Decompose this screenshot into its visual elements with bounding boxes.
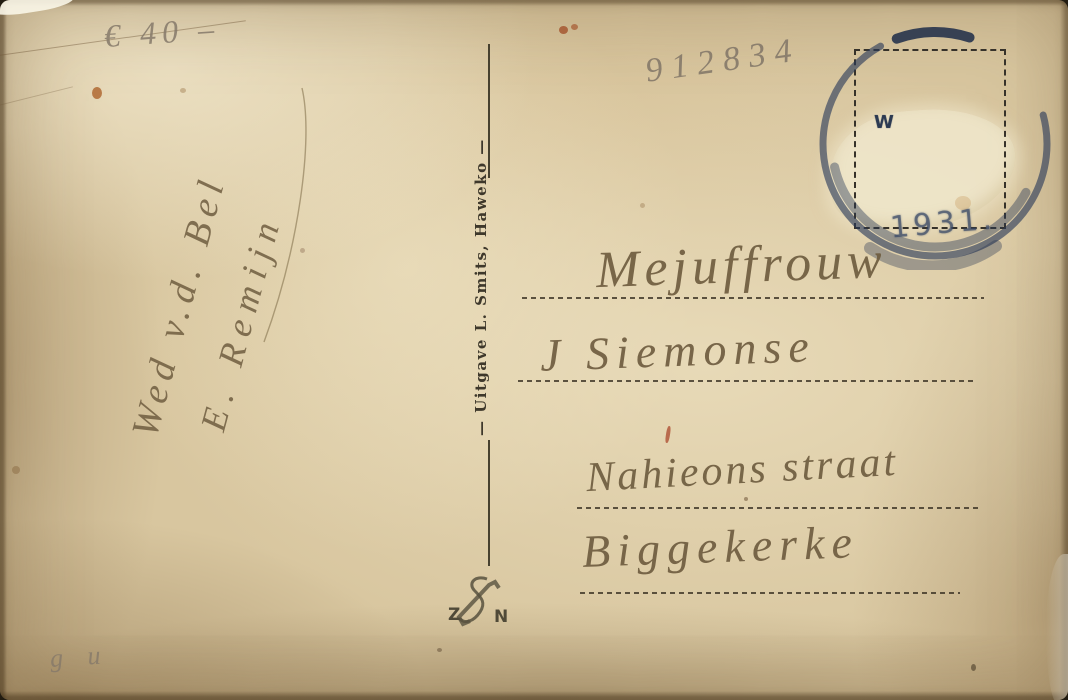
address-place: Biggekerke: [581, 515, 860, 578]
foxing-spot: [559, 26, 568, 34]
foxing-spot: [971, 664, 976, 671]
logo-letter-z: Z: [448, 605, 460, 625]
divider-line-bottom: [488, 440, 490, 566]
address-street: Nahieons straat: [585, 438, 899, 502]
address-rule-1: [522, 297, 984, 299]
ink-streak: [665, 426, 672, 443]
worn-edge: [1046, 554, 1068, 700]
foxing-spot: [300, 248, 305, 253]
foxing-spot: [180, 88, 186, 93]
foxing-spot: [437, 648, 442, 652]
corner-initials: g u: [49, 640, 110, 674]
foxing-spot: [744, 497, 748, 501]
inventory-number: 912834: [643, 31, 803, 90]
address-rule-3: [577, 507, 982, 509]
postcard-back: € 40 – 912834 g u Wed v.d. Bel E. Remijn…: [0, 0, 1068, 700]
address-salutation: Mejuffrouw: [595, 231, 888, 300]
address-rule-4: [580, 592, 960, 594]
postmark-partial-letter: W: [874, 112, 894, 133]
address-rule-2: [518, 380, 973, 382]
foxing-spot: [640, 203, 645, 208]
foxing-spot: [571, 24, 578, 30]
crease-line-small: [0, 86, 73, 106]
price-annotation: € 40 –: [103, 10, 221, 55]
logo-letter-n: N: [494, 607, 508, 627]
publisher-imprint: — Uitgave L. Smits, Haweko —: [472, 174, 490, 436]
publisher-logo-monogram: Z N: [446, 574, 512, 638]
paper-chip: [0, 0, 75, 18]
foxing-spot: [92, 87, 102, 99]
foxing-spot: [12, 466, 20, 474]
pen-flourish: [240, 80, 320, 360]
address-name: J Siemonse: [539, 319, 816, 382]
stain-smudge: [955, 196, 971, 210]
